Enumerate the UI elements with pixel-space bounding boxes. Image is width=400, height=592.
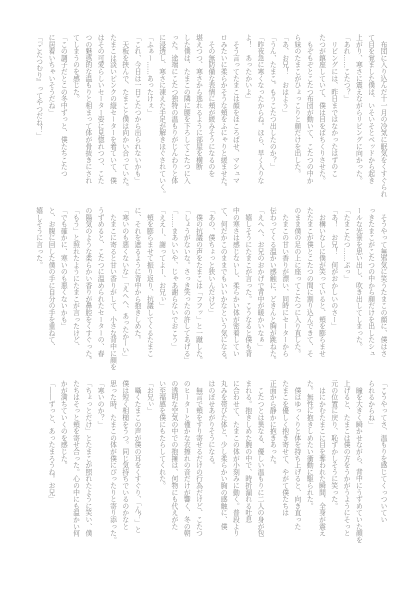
text-column: うずめると、こたつに温められたセーターの、春 [94, 207, 106, 371]
text-column: 「うん、たまこ。もうこたつ出したのか？」 [266, 34, 278, 198]
text-column: はのぼせあがりそうになる。 [205, 380, 217, 544]
text-column: はその可愛らしいセーター姿に見惚れつつ、こた [94, 34, 106, 198]
text-column: 上がり、寒さに震えながらリビングに向かった。 [352, 34, 364, 198]
text-column: 「ふぁー……あったけぇ」 [143, 34, 155, 198]
text-column: その無防備な表情に頬が緩みそうになるのを [205, 34, 217, 198]
novel-page: 布団に入り込んだ十一月の冷気に眠気をくすぐられ て目を覚ました僕は、いそいそとベ… [0, 0, 400, 592]
text-column: たちはそっと頬を寄せ合った。心の中にも温かい何 [69, 380, 81, 544]
text-column: 「ええー、謝ってよー、お兄ぃ」 [155, 207, 167, 371]
text-column: 頬を膨らませて振り返り、抗議してくるたまこ [143, 207, 155, 371]
text-tier-3: 「こうやってさ、温もりを感じてくっついてい られるからね」 瞳を大きく瞬かせなが… [32, 380, 389, 544]
text-column: した僕は、たまこの隣に腰を下ろしてこたつに入 [180, 34, 192, 198]
text-column: ールな光景を思い出し、吹き出してしまった。 [352, 207, 364, 371]
text-column: 「えへへ、お兄のおかげで背中が暖かいなぁ」 [254, 207, 266, 371]
text-column: たまこの甘い香りが漂い、同時にセーターから [278, 207, 290, 371]
text-column: 嬉しそうにたまこが言った。こうなると僕も背 [241, 207, 253, 371]
text-column: たたまこが僕とこたつの間に割り込んできて、そ [303, 207, 315, 371]
text-column: の透明な空気の中での抱擁は、何物にも代えがた [168, 380, 180, 544]
text-column: 「……まあいいや、じゃあ謝らないでおこう」 [168, 207, 180, 371]
text-column: 僕はゆっくりと体を持ち上げると、向き直った [291, 380, 303, 544]
text-column: かが満ちていくのを感じた。 [57, 380, 69, 544]
text-column: リビングには、昨日まではなかったはずのこ [328, 34, 340, 198]
text-column: 「寒いのか？」 [94, 380, 106, 544]
text-column: て、何だかこのままでもいいかなという気になる。 [217, 207, 229, 371]
text-column: まれる。抱きしめた腕の中で、時折漏れる吐息 [241, 380, 253, 544]
text-column: い至福感を僕にもたらしてくれた。 [155, 380, 167, 544]
text-column: のヒーターと僅かな衣擦れの音だけが響く、冬の朝 [180, 380, 192, 544]
text-column: 「――ずっと、あったまろうね。お兄」 [45, 380, 57, 544]
text-column: 「たまこたつ……ぷっ」 [340, 207, 352, 371]
text-column: たまこに寄ると甘い香りがして、小さな背中に顔を [106, 207, 118, 371]
text-column: 「この調子だとこの冬中ずっと、僕たちこたつ [57, 34, 69, 198]
text-column: 僕の抗議の声をたまこは「フフッ」と一蹴した。 [192, 207, 204, 371]
text-column: こたつとは異なる、優しい温もりに二人の身が包 [254, 380, 266, 544]
text-column: 「しょうがないな。さっき笑ったの許してあげる」 [180, 207, 192, 371]
text-tier-1: 布団に入り込んだ十一月の冷気に眠気をくすぐられ て目を覚ました僕は、いそいそとベ… [32, 34, 389, 198]
text-column: 「あの、僕ちょっと狭いんだけど」 [205, 207, 217, 371]
text-column: 無言で頬をすり寄せるだけの行為だけど、こたつ [192, 380, 204, 544]
text-column: 僕は短く相槌をうつ。同じ気持ちでいるのかなと [118, 380, 130, 544]
text-column: 正面から静かに抱きあった。 [266, 380, 278, 544]
text-column: たまこを優しく抱き寄せて、やがて僕たちは [278, 380, 290, 544]
text-column: った。途端にこたつ独特の温もりがじんわりと体 [168, 34, 180, 198]
text-tier-2: そうやって無邪気に笑うたまこの顔に、僕はさ っきたまこがこたつの中から顔だけを出… [32, 207, 389, 371]
text-column: 「あれ……こたつ？」 [340, 34, 352, 198]
text-column: 思った時、たまこの体が僕にぴったりと寄り添った。 [106, 380, 118, 544]
text-column: 天板を挟んで、たまこと僕は向かい合っていた。 [118, 34, 130, 198]
text-column: 「でも確かに、寒いのも悪くないかも」 [57, 207, 69, 371]
text-column: に浸透し、寒さに凍えた手足が解きほぐされていく。 [155, 34, 167, 198]
text-column: 「昨夜急に寒くなったからね。ほら、早く入りな [254, 34, 266, 198]
text-column: たまこは淡いピンクの縦セーターを着ていて、僕 [106, 34, 118, 198]
text-column: のまま僕の足の上に座ってこたつに入り直した。 [291, 207, 303, 371]
text-column: もぞもぞとこたつ布団が動いて、こたつの中か [303, 34, 315, 198]
text-column: 中の寒さは感じないし、柔らかい体が密着してい [229, 207, 241, 371]
text-column: に合わせて、たまこの体が小刻みに動く。普段より [229, 380, 241, 544]
text-column: 堪えつつ、寒さから逃れるように部屋を横断 [192, 34, 204, 198]
text-column: に居着いちゃいそうだね」 [45, 34, 57, 198]
text-column: お構いなしに僕が笑っていると、頬を膨らませ [315, 207, 327, 371]
text-column: 嬉しそうに言った。 [32, 207, 44, 371]
text-column: 「お兄ぃ」 [143, 380, 155, 544]
text-column: 「こうやってさ、温もりを感じてくっついてい [377, 380, 389, 544]
text-column: 「あ！ お兄！ 何がおかしいのさー」 [328, 207, 340, 371]
text-column: て目を覚ました僕は、いそいそとベッドから起き [364, 34, 376, 198]
text-column: 「あ、お兄！ おはよう」 [278, 34, 290, 198]
text-column: 上げると、たまこは僕の方をうかがうようにそっと [340, 380, 352, 544]
text-column: つの魅惑的な温もりと相まって体が骨抜きにされ [82, 34, 94, 198]
text-column: 元の位置に戻り、恥ずかしそうに笑った。 [328, 380, 340, 544]
text-column: よ！ あったかいよ」 [241, 34, 253, 198]
text-column: てしまうのを感じた。 [69, 34, 81, 198]
text-column: 「寒いのも悪くないな」「えへへ、あったかーい」 [118, 207, 130, 371]
text-column: 「ちょっとだけ」とたまこが照れたように笑い、僕 [82, 380, 94, 544]
text-column: られるからね」 [364, 380, 376, 544]
text-column: はにかむたまこに目を奪われた瞬間、全身が震え [315, 380, 327, 544]
text-column: ロみたいに柔らかそうな頬をふにゃりと緩ませた。 [217, 34, 229, 198]
text-column: 布団に入り込んだ十一月の冷気に眠気をくすぐられ [377, 34, 389, 198]
text-column: っきたまこがこたつの中から顔だけを出したシュ [364, 207, 376, 371]
text-column: の陽気のような柔らかい香りが鼻腔をくすぐった。 [82, 207, 94, 371]
text-column: 「これ、今日は一日こたつから出られないかも」 [131, 34, 143, 198]
text-column: そうやって無邪気に笑うたまこの顔に、僕はさ [377, 207, 389, 371]
text-column: 丸みを帯びた体と、少し柔らかい胸の感触に、僕 [217, 380, 229, 544]
text-column: 囁くたまこの声が僕の耳をくすぐり、「ん？」と [131, 380, 143, 544]
text-column: ら妹のたまこがひょっこりと顔だけを出した。 [291, 34, 303, 198]
text-column: 「『こたつむり』ってやつだね！」 [32, 34, 44, 198]
text-column: た。無性に抱きしめたい衝動に駆られた。 [303, 380, 315, 544]
text-column: 伝わってくる温かい感触に、どきんと胸が跳ねた。 [266, 207, 278, 371]
text-column: たつが鎮座していて、僕は目をぱちくりさせた。 [315, 34, 327, 198]
text-column: と、お腹に回した僕の手に自分の手を重ねて、 [45, 207, 57, 371]
text-column: そう言ってたまこは顔をほころばせ、マシュマ [229, 34, 241, 198]
text-column: 瞳を大きく瞬かせながら、背中にうずめていた顔を [352, 380, 364, 544]
text-column: 「もう」と照れたようにたまこが言ったけど、 [69, 207, 81, 371]
text-column: に、それを遮るように背中から抱きしめた。 [131, 207, 143, 371]
